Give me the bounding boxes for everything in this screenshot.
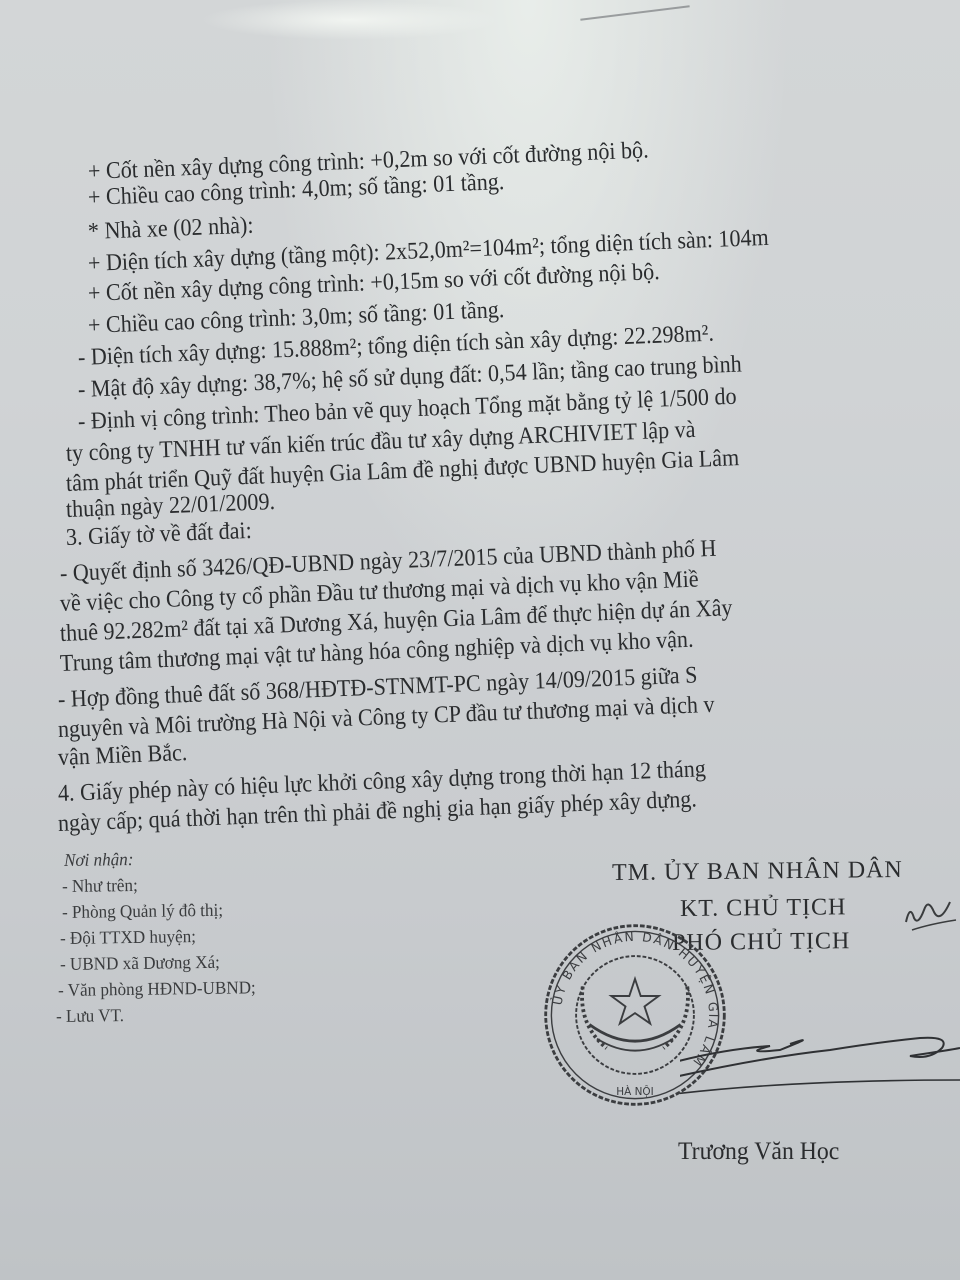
signature-title-line2: KT. CHỦ TỊCH xyxy=(680,894,847,923)
recipient-item: - Phòng Quản lý đô thị; xyxy=(62,896,223,926)
seal-bottom-text: HÀ NỘI xyxy=(616,1085,653,1098)
signer-name: Trương Văn Học xyxy=(678,1138,839,1166)
doc-line: vận Miền Bắc. xyxy=(57,739,187,772)
recipient-item: - Lưu VT. xyxy=(56,1001,124,1030)
signature-title-line1: TM. ỦY BAN NHÂN DÂN xyxy=(612,857,903,887)
recipient-item: - Văn phòng HĐND-UBND; xyxy=(58,973,256,1004)
recipients-heading: Nơi nhận: xyxy=(64,845,134,874)
star-icon xyxy=(611,979,659,1024)
handwritten-signature xyxy=(680,1020,960,1100)
initials-mark xyxy=(900,890,960,940)
recipient-item: - Như trên; xyxy=(62,871,138,900)
